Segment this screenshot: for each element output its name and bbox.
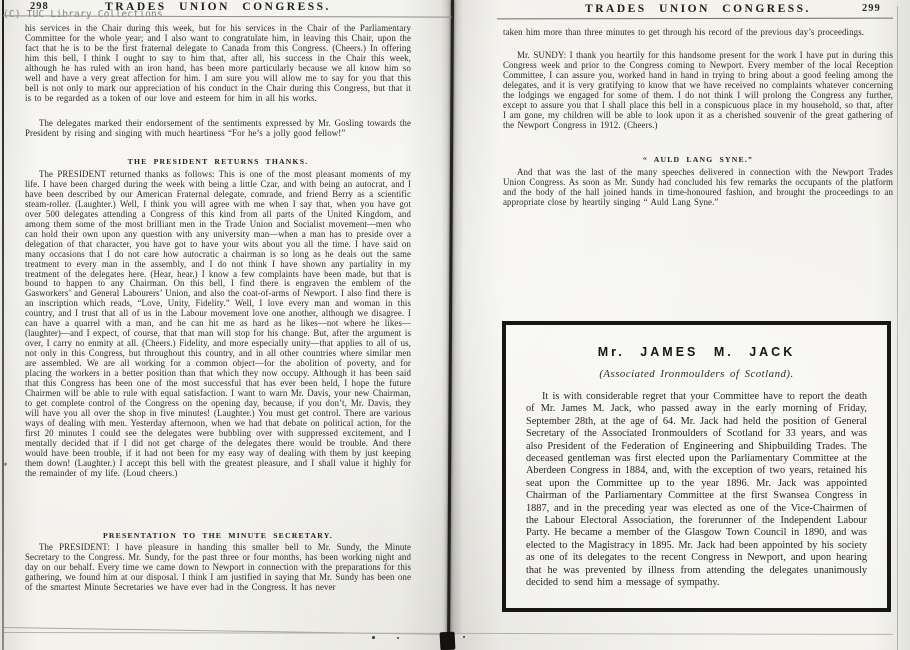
right-running-head: TRADES UNION CONGRESS.: [503, 3, 893, 15]
gutter-ink-blob: [440, 632, 456, 650]
book-scan: 298 TRADES UNION CONGRESS. (C) TUC Libra…: [0, 0, 910, 650]
section-heading: “ AULD LANG SYNE.”: [503, 155, 893, 164]
paragraph: The PRESIDENT returned thanks as follows…: [25, 170, 411, 479]
obituary-box: Mr. JAMES M. JACK (Associated Ironmoulde…: [502, 321, 891, 612]
paragraph: And that was the last of the many speech…: [503, 168, 893, 208]
scan-asterisk-mark: *: [3, 461, 8, 471]
scan-speck: [372, 636, 375, 639]
right-page-number: 299: [862, 3, 881, 14]
scan-speck: [463, 636, 465, 638]
paragraph: his services in the Chair during this we…: [25, 24, 411, 104]
obituary-body: It is with considerable regret that your…: [526, 391, 867, 590]
section-heading: PRESENTATION TO THE MINUTE SECRETARY.: [25, 531, 411, 540]
page-right-edge: [897, 6, 898, 650]
paragraph: The PRESIDENT: I have pleasure in handin…: [25, 543, 411, 593]
paragraph: Mr. SUNDY: I thank you heartily for this…: [503, 51, 893, 131]
paragraph: The delegates marked their endorsement o…: [25, 119, 411, 139]
book-left-edge: [2, 0, 4, 650]
paragraph: taken him more than three minutes to get…: [503, 28, 893, 38]
right-header-rule: [497, 18, 893, 20]
obituary-title: Mr. JAMES M. JACK: [526, 345, 867, 359]
section-heading: THE PRESIDENT RETURNS THANKS.: [25, 157, 411, 166]
obituary-subtitle: (Associated Ironmoulders of Scotland).: [526, 368, 867, 380]
scan-speck: [397, 637, 399, 639]
